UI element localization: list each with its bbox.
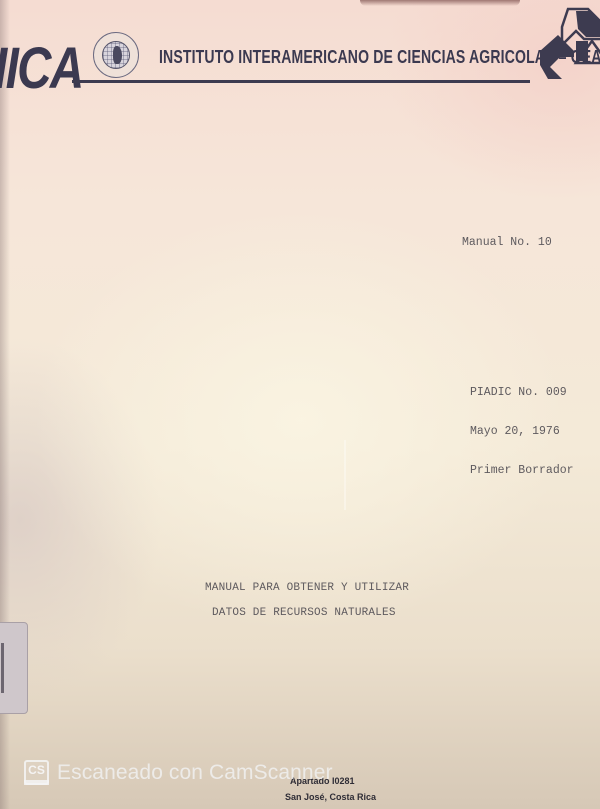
tab-stripe: [1, 643, 4, 693]
institute-title: INSTITUTO INTERAMERICANO DE CIENCIAS AGR…: [159, 47, 600, 68]
top-edge-shadow: [360, 0, 520, 6]
document-title-line-2: DATOS DE RECURSOS NATURALES: [212, 607, 396, 620]
address-city: San José, Costa Rica: [285, 792, 376, 802]
iica-logo: IICA: [0, 40, 83, 98]
oea-hexagon-logo-icon: [540, 5, 600, 81]
americas-landmass: [113, 46, 122, 64]
globe-icon: [102, 41, 130, 69]
embossed-stamp: [340, 440, 460, 510]
camscanner-watermark: CS Escaneado con CamScanner: [24, 760, 333, 785]
cs-badge-text: CS: [26, 763, 47, 777]
document-page: IICA INSTITUTO INTERAMERICANO DE CIENCIA…: [0, 0, 600, 809]
watermark-text: Escaneado con CamScanner: [57, 761, 333, 785]
manual-number: Manual No. 10: [462, 236, 552, 249]
document-title-line-1: MANUAL PARA OBTENER Y UTILIZAR: [205, 582, 409, 595]
draft-label: Primer Borrador: [470, 464, 574, 477]
globe-seal-icon: [93, 32, 139, 78]
header-rule: [72, 80, 530, 83]
piadic-number: PIADIC No. 009: [470, 386, 574, 399]
camscanner-logo-icon: CS: [24, 760, 49, 785]
piadic-date: Mayo 20, 1976: [470, 425, 574, 438]
piadic-block: PIADIC No. 009 Mayo 20, 1976 Primer Borr…: [470, 360, 574, 503]
library-tab-label: [0, 622, 28, 714]
